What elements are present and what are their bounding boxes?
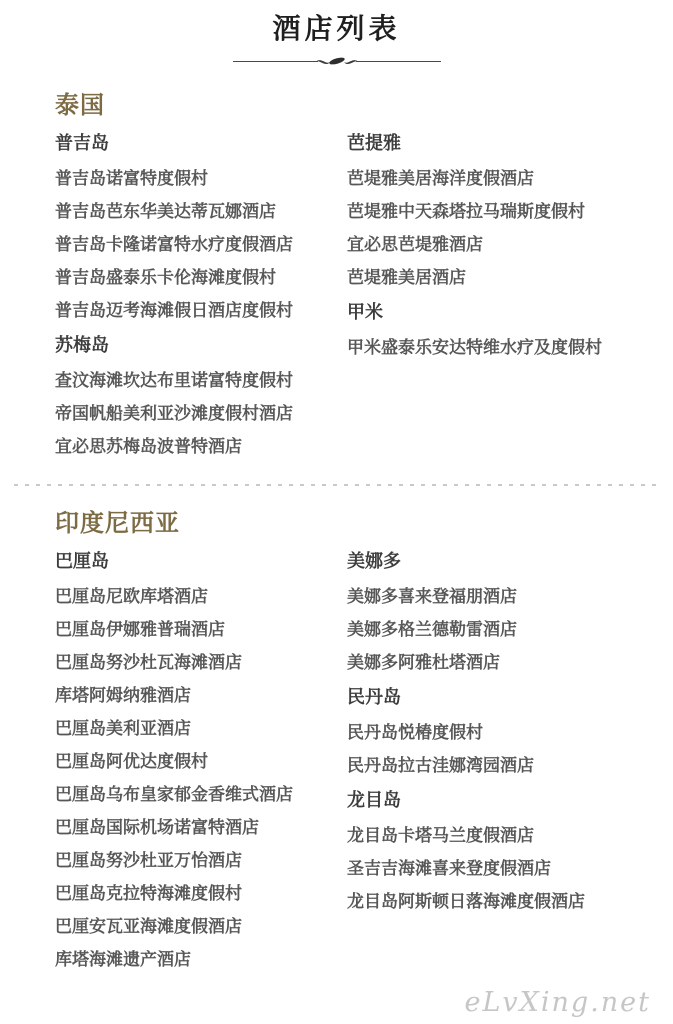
region-heading: 普吉岛 (55, 133, 347, 154)
country-section-1: 印度尼西亚巴厘岛巴厘岛尼欧库塔酒店巴厘岛伊娜雅普瑞酒店巴厘岛努沙杜瓦海滩酒店库塔… (0, 503, 673, 984)
hotel-name: 芭堤雅美居酒店 (347, 269, 657, 286)
column-right: 美娜多美娜多喜来登福朋酒店美娜多格兰德勒雷酒店美娜多阿雅杜塔酒店民丹岛民丹岛悦椿… (347, 548, 657, 926)
ornament-divider (0, 54, 673, 68)
columns: 巴厘岛巴厘岛尼欧库塔酒店巴厘岛伊娜雅普瑞酒店巴厘岛努沙杜瓦海滩酒店库塔阿姆纳雅酒… (55, 548, 657, 984)
hotel-name: 民丹岛悦椿度假村 (347, 724, 657, 741)
hotel-name: 巴厘岛美利亚酒店 (55, 720, 347, 737)
hotel-name: 民丹岛拉古洼娜湾园酒店 (347, 757, 657, 774)
hotel-name: 普吉岛卡隆诺富特水疗度假酒店 (55, 236, 347, 253)
watermark: eLvXing.net (465, 987, 652, 1018)
region-heading: 甲米 (347, 302, 657, 323)
hotel-name: 普吉岛盛泰乐卡伦海滩度假村 (55, 269, 347, 286)
hotel-name: 巴厘岛国际机场诺富特酒店 (55, 819, 347, 836)
page-title: 酒店列表 (0, 0, 673, 47)
hotel-name: 查汶海滩坎达布里诺富特度假村 (55, 372, 347, 389)
hotel-name: 普吉岛芭东华美达蒂瓦娜酒店 (55, 203, 347, 220)
sections-container: 泰国普吉岛普吉岛诺富特度假村普吉岛芭东华美达蒂瓦娜酒店普吉岛卡隆诺富特水疗度假酒… (0, 85, 673, 984)
hotel-name: 美娜多喜来登福朋酒店 (347, 588, 657, 605)
hotel-name: 宜必思苏梅岛波普特酒店 (55, 438, 347, 455)
region-heading: 巴厘岛 (55, 551, 347, 572)
region-heading: 芭提雅 (347, 133, 657, 154)
hotel-name: 巴厘岛乌布皇家郁金香维式酒店 (55, 786, 347, 803)
hotel-name: 芭堤雅美居海洋度假酒店 (347, 170, 657, 187)
hotel-name: 帝国帆船美利亚沙滩度假村酒店 (55, 405, 347, 422)
country-section-0: 泰国普吉岛普吉岛诺富特度假村普吉岛芭东华美达蒂瓦娜酒店普吉岛卡隆诺富特水疗度假酒… (0, 85, 673, 471)
hotel-name: 巴厘岛阿优达度假村 (55, 753, 347, 770)
hotel-name: 库塔阿姆纳雅酒店 (55, 687, 347, 704)
calligraphic-swirl-icon (232, 54, 442, 68)
region-heading: 美娜多 (347, 551, 657, 572)
region-heading: 苏梅岛 (55, 335, 347, 356)
hotel-name: 圣吉吉海滩喜来登度假酒店 (347, 860, 657, 877)
country-heading: 印度尼西亚 (55, 503, 657, 538)
region-heading: 民丹岛 (347, 687, 657, 708)
hotel-name: 巴厘岛努沙杜亚万怡酒店 (55, 852, 347, 869)
hotel-name: 巴厘岛伊娜雅普瑞酒店 (55, 621, 347, 638)
hotel-name: 巴厘安瓦亚海滩度假酒店 (55, 918, 347, 935)
columns: 普吉岛普吉岛诺富特度假村普吉岛芭东华美达蒂瓦娜酒店普吉岛卡隆诺富特水疗度假酒店普… (55, 130, 657, 471)
hotel-name: 龙目岛阿斯顿日落海滩度假酒店 (347, 893, 657, 910)
hotel-name: 芭堤雅中天森塔拉马瑞斯度假村 (347, 203, 657, 220)
hotel-name: 巴厘岛尼欧库塔酒店 (55, 588, 347, 605)
column-right: 芭提雅芭堤雅美居海洋度假酒店芭堤雅中天森塔拉马瑞斯度假村宜必思芭堤雅酒店芭堤雅美… (347, 130, 657, 372)
hotel-name: 普吉岛诺富特度假村 (55, 170, 347, 187)
hotel-name: 宜必思芭堤雅酒店 (347, 236, 657, 253)
country-heading: 泰国 (55, 85, 657, 120)
column-left: 普吉岛普吉岛诺富特度假村普吉岛芭东华美达蒂瓦娜酒店普吉岛卡隆诺富特水疗度假酒店普… (55, 130, 347, 471)
hotel-name: 甲米盛泰乐安达特维水疗及度假村 (347, 339, 657, 356)
hotel-name: 美娜多格兰德勒雷酒店 (347, 621, 657, 638)
hotel-name: 巴厘岛努沙杜瓦海滩酒店 (55, 654, 347, 671)
region-heading: 龙目岛 (347, 790, 657, 811)
section-divider (14, 484, 659, 486)
hotel-name: 库塔海滩遗产酒店 (55, 951, 347, 968)
hotel-name: 巴厘岛克拉特海滩度假村 (55, 885, 347, 902)
hotel-name: 龙目岛卡塔马兰度假酒店 (347, 827, 657, 844)
column-left: 巴厘岛巴厘岛尼欧库塔酒店巴厘岛伊娜雅普瑞酒店巴厘岛努沙杜瓦海滩酒店库塔阿姆纳雅酒… (55, 548, 347, 984)
hotel-name: 美娜多阿雅杜塔酒店 (347, 654, 657, 671)
hotel-name: 普吉岛迈考海滩假日酒店度假村 (55, 302, 347, 319)
